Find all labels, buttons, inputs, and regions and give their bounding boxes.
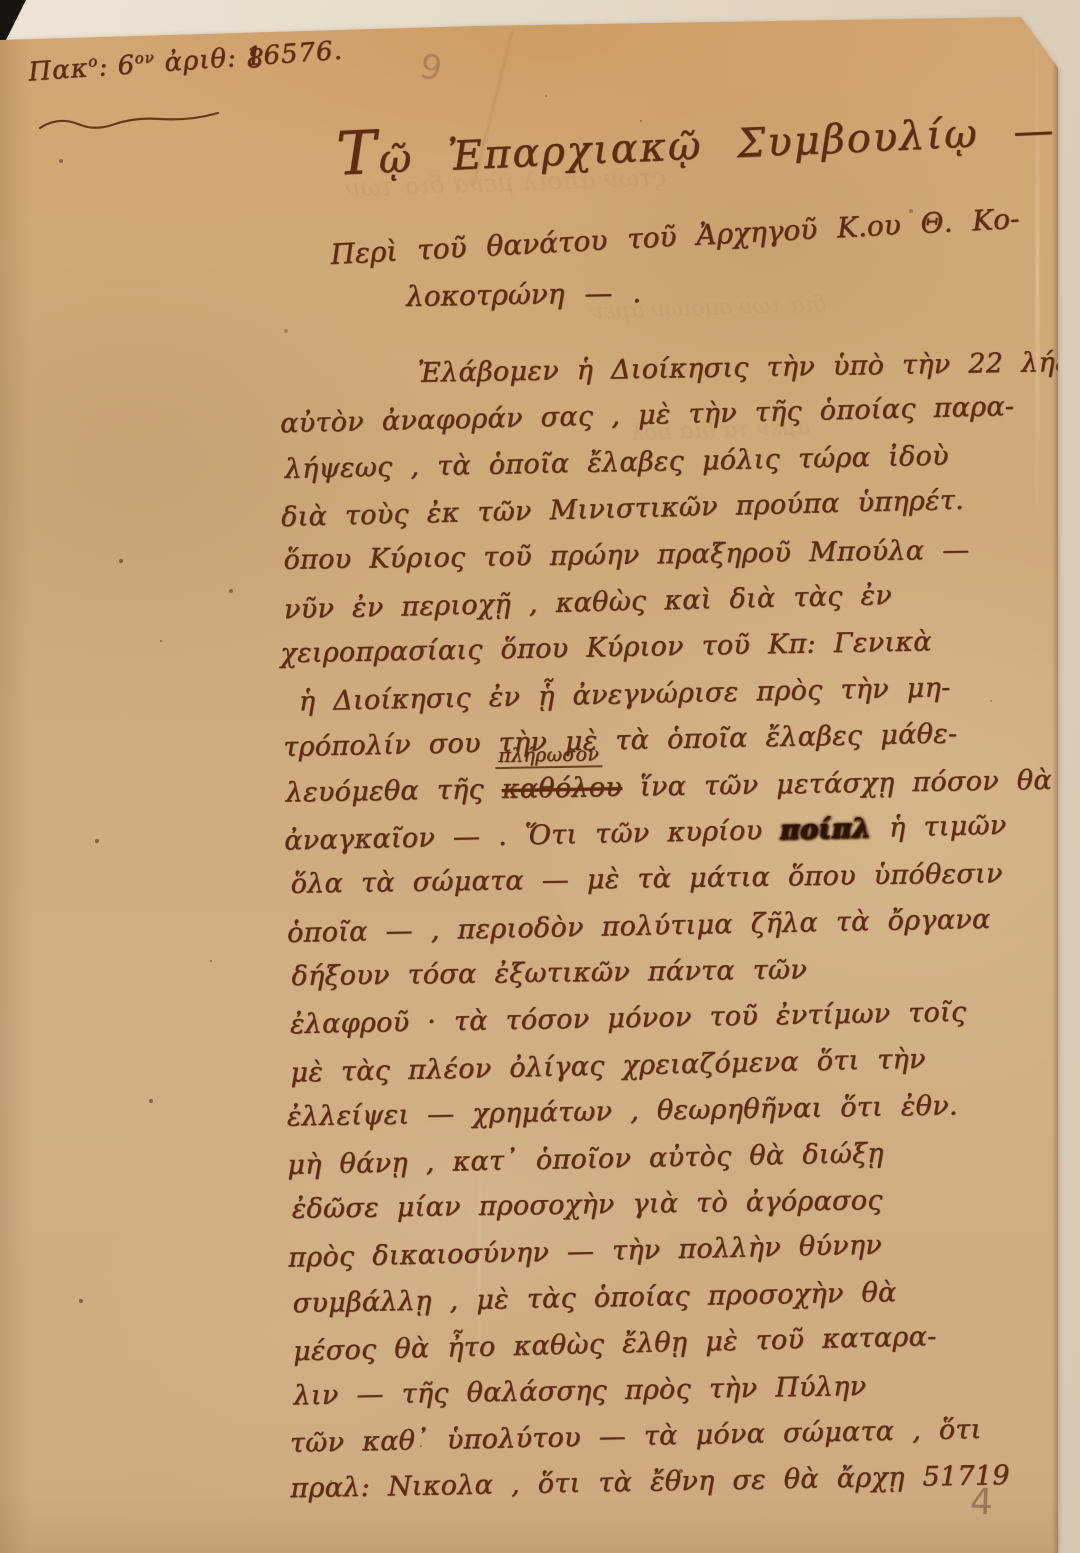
archive-notation-superscript: ον	[134, 48, 155, 67]
struck-word: καθόλου	[502, 772, 623, 805]
archive-notation: Πακο: 6ον ἀριθ: 16576.	[27, 35, 343, 88]
letter-body: Ἐλάβομεν ἡ Διοίκησις τὴν ὑπὸ τὴν 22 λήξα…	[277, 342, 1080, 1509]
archive-notation-text: : 6	[98, 50, 137, 82]
pencil-mark: 9	[416, 46, 445, 90]
subject-line-2: λοκοτρώνη — .	[406, 276, 642, 313]
address-heading: Τῷ Ἐπαρχιακῷ Συμβουλίῳ —	[335, 88, 1057, 189]
foxing-specks	[0, 0, 2, 2]
manuscript-text: λευόμεθα τῆς	[285, 773, 502, 808]
interlinear-insertion: πλήρωσον	[495, 745, 602, 769]
manuscript-photo: ςτων αποιλ μενα δια των δια των οποιων α…	[0, 0, 1080, 1553]
wavy-flourish	[34, 106, 224, 138]
ink-blot-word: ποίπλ	[780, 813, 872, 846]
corrected-word-wrap: καθόλουπλήρωσον	[501, 765, 622, 813]
manuscript-text: ἵνα τῶν μετάσχῃ πόσον θὰ	[622, 764, 1052, 802]
page-number-bottom: 4	[969, 1482, 993, 1524]
letter-page-wrap: ςτων αποιλ μενα δια των δια των οποιων α…	[0, 0, 1080, 1553]
archive-notation-text: Πακ	[27, 53, 89, 87]
manuscript-text: ἡ τιμῶν	[871, 810, 1007, 844]
letter-page: ςτων αποιλ μενα δια των δια των οποιων α…	[0, 0, 1058, 1553]
manuscript-text: ἀναγκαῖον — . Ὅτι τῶν κυρίου	[284, 815, 781, 857]
page-number-top: 8	[247, 44, 264, 74]
subject-line-1: Περὶ τοῦ θανάτου τοῦ Ἀρχηγοῦ Κ.ου Θ. Κο-	[330, 202, 1021, 271]
